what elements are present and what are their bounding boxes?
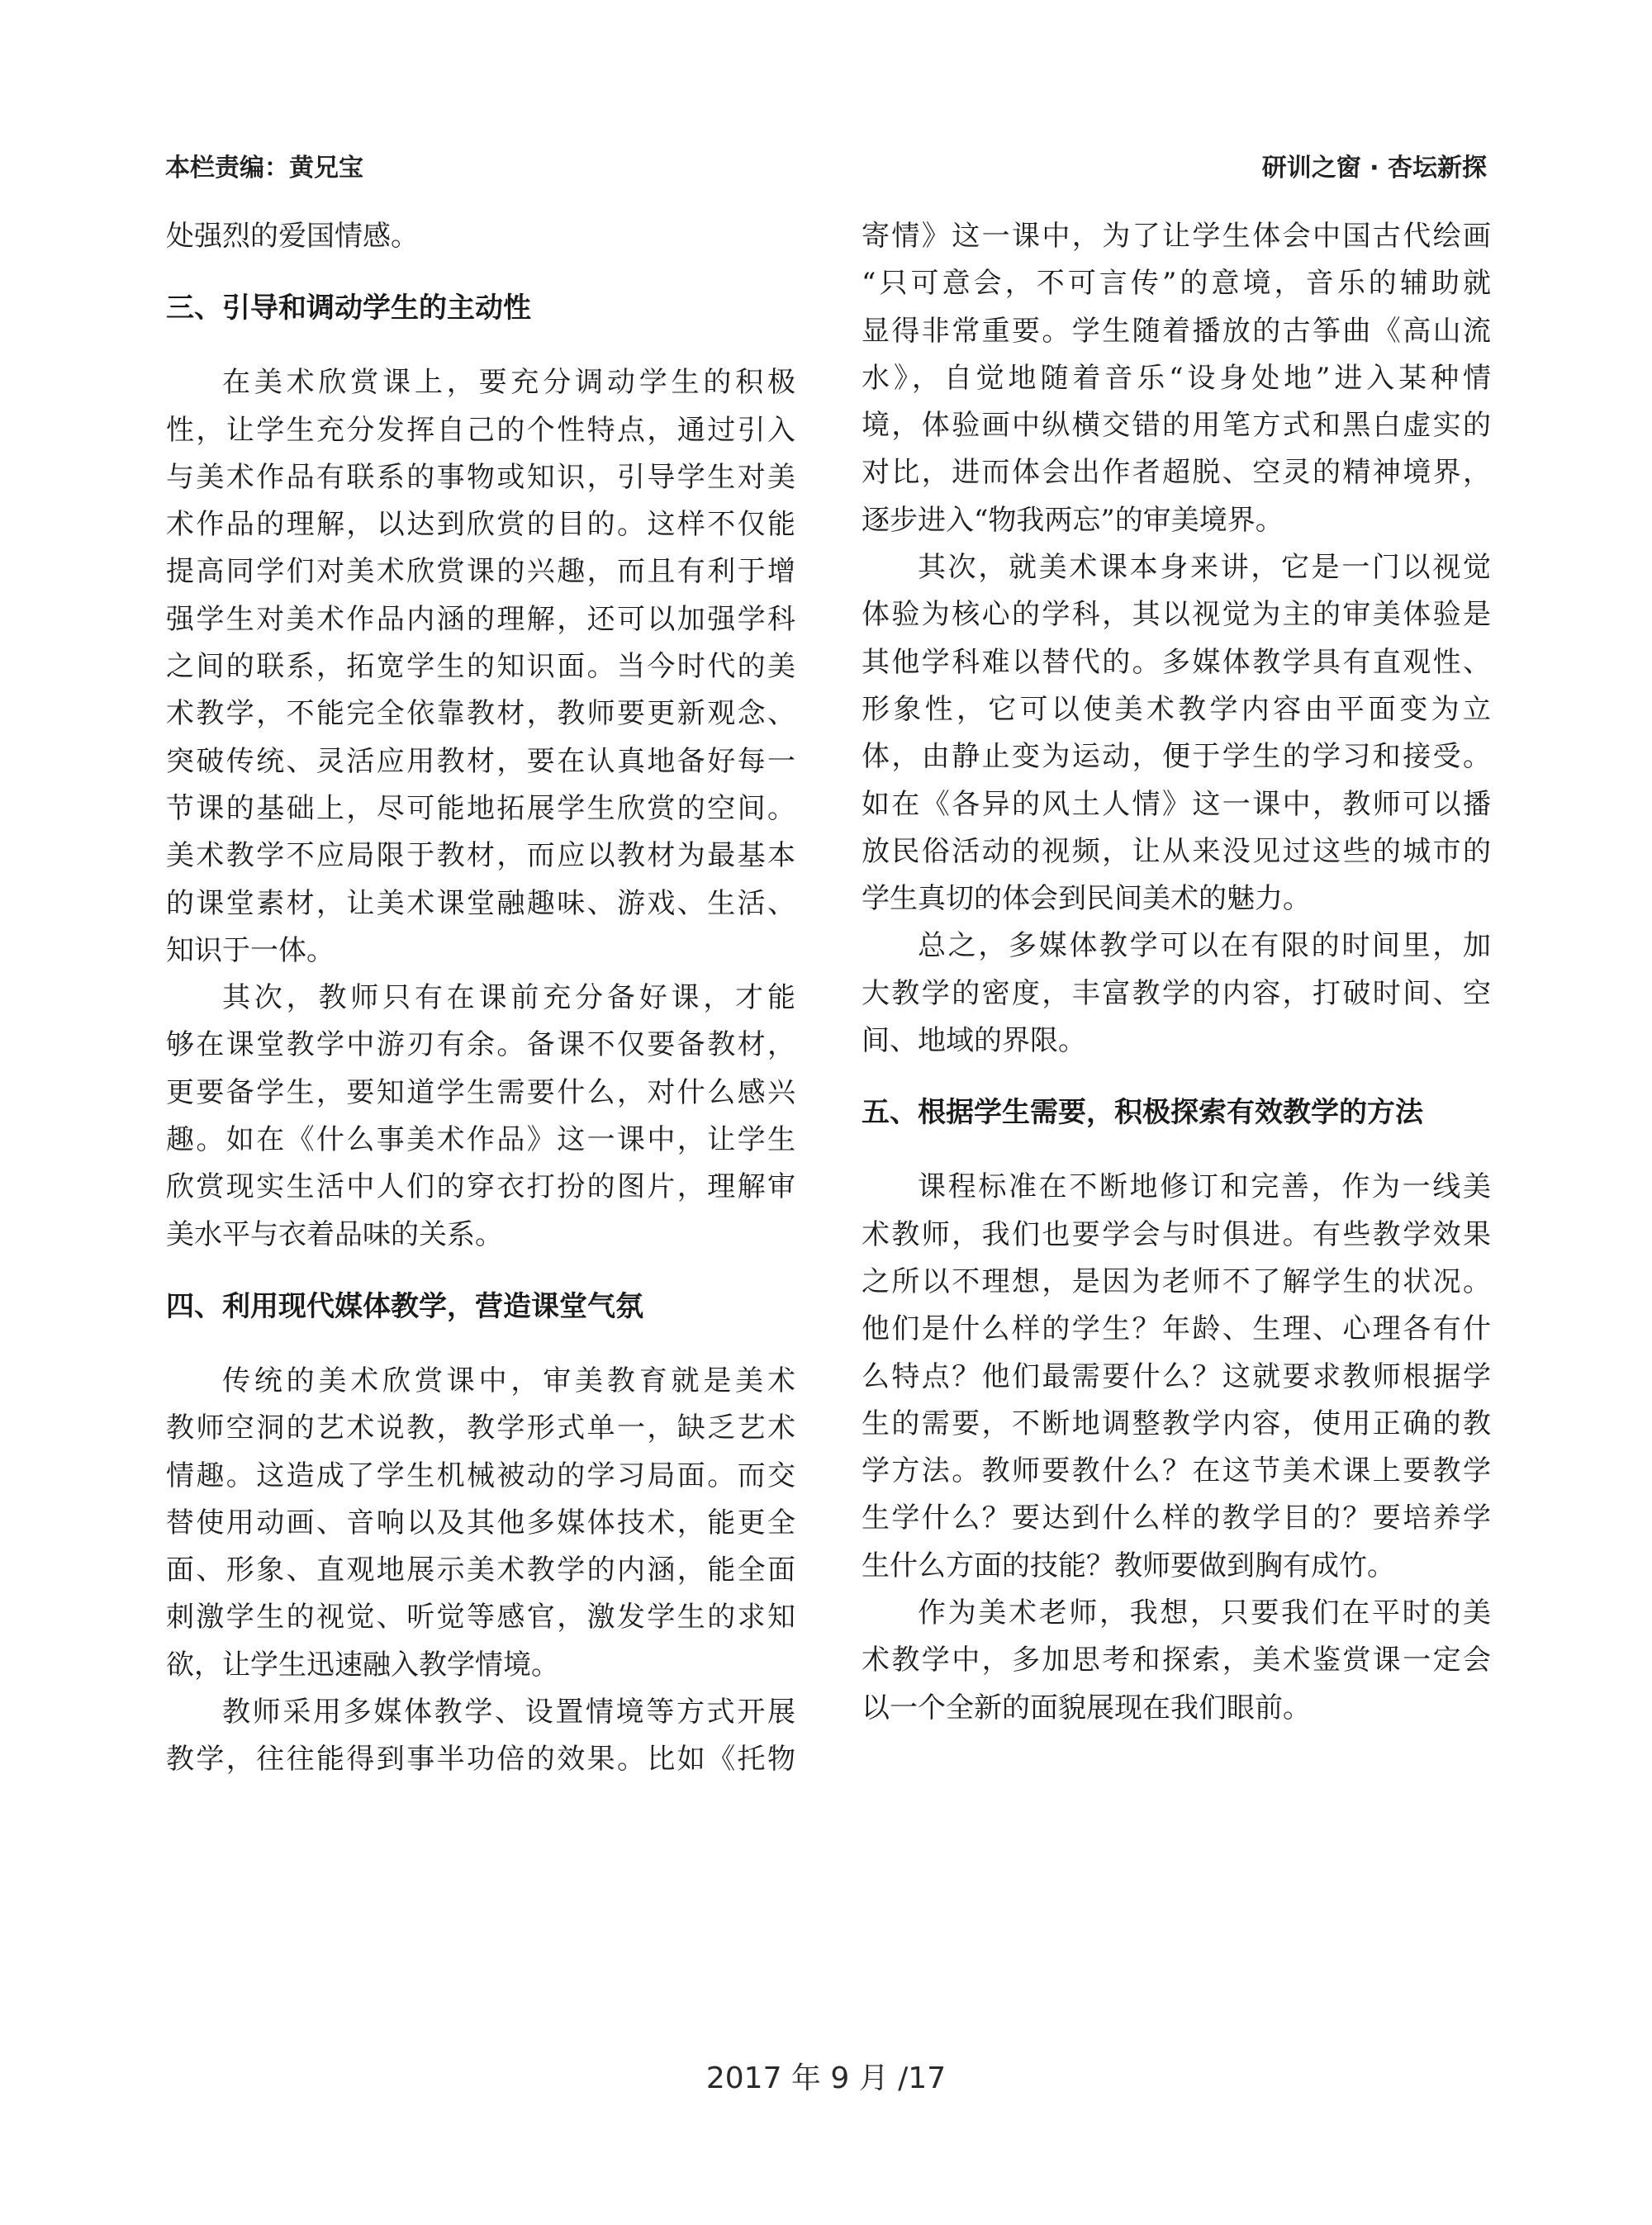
column-editor-label: 本栏责编：黄兄宝 (165, 147, 363, 183)
body-line: 够在课堂教学中游刃有余。备课不仅要备教材， (166, 1022, 795, 1069)
body-line: 性，让学生充分发挥自己的个性特点，通过引入 (166, 407, 795, 454)
paragraph: 教师采用多媒体教学、设置情境等方式开展 教学，往往能得到事半功倍的效果。比如《托… (166, 1689, 795, 1784)
body-line: 更要备学生，要知道学生需要什么，对什么感兴 (166, 1070, 795, 1117)
body-line: 其次，教师只有在课前充分备好课，才能 (166, 975, 795, 1022)
body-line: 欣赏现实生活中人们的穿衣打扮的图片，理解审 (166, 1164, 795, 1211)
body-line: 水》，自觉地随着音乐“设身处地”进入某种情 (862, 355, 1491, 402)
body-line: 其他学科难以替代的。多媒体教学具有直观性、 (862, 639, 1491, 686)
section-heading-3: 三、引导和调动学生的主动性 (166, 285, 795, 332)
page-footer-date-number: 2017 年 9 月 /17 (0, 2055, 1652, 2097)
body-line: 美术教学不应局限于教材，而应以教材为最基本 (166, 833, 795, 880)
body-line: 对比，进而体会出作者超脱、空灵的精神境界， (862, 449, 1491, 496)
body-line: 强学生对美术作品内涵的理解，还可以加强学科 (166, 596, 795, 643)
body-line: 间、地域的界限。 (862, 1018, 1491, 1065)
body-line: 知识于一体。 (166, 927, 795, 975)
body-line: 提高同学们对美术欣赏课的兴趣，而且有利于增 (166, 548, 795, 595)
body-line: 生什么方面的技能？教师要做到胸有成竹。 (862, 1543, 1491, 1590)
section-title: 研训之窗 · 杏坛新探 (1262, 147, 1487, 183)
body-line: 术教学中，多加思考和探索，美术鉴赏课一定会 (862, 1637, 1491, 1684)
paragraph: 传统的美术欣赏课中，审美教育就是美术 教师空洞的艺术说教，教学形式单一，缺乏艺术… (166, 1358, 795, 1689)
body-line: 面、形象、直观地展示美术教学的内涵，能全面 (166, 1547, 795, 1594)
body-line: 体验为核心的学科，其以视觉为主的审美体验是 (862, 591, 1491, 638)
paragraph: 其次，就美术课本身来讲，它是一门以视觉 体验为核心的学科，其以视觉为主的审美体验… (862, 544, 1491, 923)
body-line: 替使用动画、音响以及其他多媒体技术，能更全 (166, 1500, 795, 1547)
body-line: 显得非常重要。学生随着播放的古筝曲《高山流 (862, 308, 1491, 355)
body-line: 其次，就美术课本身来讲，它是一门以视觉 (862, 544, 1491, 591)
body-line: 突破传统、灵活应用教材，要在认真地备好每一 (166, 738, 795, 785)
body-line: 形象性，它可以使美术教学内容由平面变为立 (862, 686, 1491, 733)
body-line: 节课的基础上，尽可能地拓展学生欣赏的空间。 (166, 785, 795, 833)
right-column: 寄情》这一课中，为了让学生体会中国古代绘画 “只可意会，不可言传”的意境，音乐的… (862, 213, 1491, 1732)
body-line: 教师采用多媒体教学、设置情境等方式开展 (166, 1689, 795, 1736)
body-line: 体，由静止变为运动，便于学生的学习和接受。 (862, 733, 1491, 780)
paragraph: 其次，教师只有在课前充分备好课，才能 够在课堂教学中游刃有余。备课不仅要备教材，… (166, 975, 795, 1259)
paragraph: 寄情》这一课中，为了让学生体会中国古代绘画 “只可意会，不可言传”的意境，音乐的… (862, 213, 1491, 544)
paragraph: 课程标准在不断地修订和完善，作为一线美 术教师，我们也要学会与时俱进。有些教学效… (862, 1164, 1491, 1590)
body-line: 如在《各异的风土人情》这一课中，教师可以播 (862, 781, 1491, 828)
section-heading-4: 四、利用现代媒体教学，营造课堂气氛 (166, 1283, 795, 1331)
body-line: 术教师，我们也要学会与时俱进。有些教学效果 (862, 1212, 1491, 1259)
paragraph: 总之，多媒体教学可以在有限的时间里，加 大教学的密度，丰富教学的内容，打破时间、… (862, 923, 1491, 1065)
body-line: 生的需要，不断地调整教学内容，使用正确的教 (862, 1401, 1491, 1448)
left-column: 处强烈的爱国情感。 三、引导和调动学生的主动性 在美术欣赏课上，要充分调动学生的… (166, 213, 795, 1784)
body-line: 总之，多媒体教学可以在有限的时间里，加 (862, 923, 1491, 970)
body-line: 生学什么？要达到什么样的教学目的？要培养学 (862, 1495, 1491, 1542)
body-line: 之间的联系，拓宽学生的知识面。当今时代的美 (166, 643, 795, 690)
body-line: 境，体验画中纵横交错的用笔方式和黑白虚实的 (862, 402, 1491, 449)
body-line: 学方法。教师要教什么？在这节美术课上要教学 (862, 1448, 1491, 1495)
body-line: 学生真切的体会到民间美术的魅力。 (862, 875, 1491, 923)
body-line: 大教学的密度，丰富教学的内容，打破时间、空 (862, 970, 1491, 1018)
body-line: 以一个全新的面貌展现在我们眼前。 (862, 1685, 1491, 1732)
body-line: 在美术欣赏课上，要充分调动学生的积极 (166, 359, 795, 406)
body-line: 之所以不理想，是因为老师不了解学生的状况。 (862, 1259, 1491, 1306)
body-line: 术教学，不能完全依靠教材，教师要更新观念、 (166, 690, 795, 738)
body-line: 传统的美术欣赏课中，审美教育就是美术 (166, 1358, 795, 1405)
body-line: 么特点？他们最需要什么？这就要求教师根据学 (862, 1354, 1491, 1401)
body-line: 课程标准在不断地修订和完善，作为一线美 (862, 1164, 1491, 1211)
body-line: 的课堂素材，让美术课堂融趣味、游戏、生活、 (166, 880, 795, 927)
body-line: 寄情》这一课中，为了让学生体会中国古代绘画 (862, 213, 1491, 260)
body-line: 放民俗活动的视频，让从来没见过这些的城市的 (862, 828, 1491, 875)
body-line: 与美术作品有联系的事物或知识，引导学生对美 (166, 454, 795, 501)
body-line: 教学，往往能得到事半功倍的效果。比如《托物 (166, 1736, 795, 1783)
paragraph: 在美术欣赏课上，要充分调动学生的积极 性，让学生充分发挥自己的个性特点，通过引入… (166, 359, 795, 975)
paragraph: 作为美术老师，我想，只要我们在平时的美 术教学中，多加思考和探索，美术鉴赏课一定… (862, 1590, 1491, 1732)
body-line: 趣。如在《什么事美术作品》这一课中，让学生 (166, 1117, 795, 1164)
body-line: 刺激学生的视觉、听觉等感官，激发学生的求知 (166, 1594, 795, 1641)
body-line: 情趣。这造成了学生机械被动的学习局面。而交 (166, 1453, 795, 1500)
body-line: “只可意会，不可言传”的意境，音乐的辅助就 (862, 260, 1491, 307)
body-line: 他们是什么样的学生？年龄、生理、心理各有什 (862, 1306, 1491, 1353)
body-line: 教师空洞的艺术说教，教学形式单一，缺乏艺术 (166, 1405, 795, 1452)
section-heading-5: 五、根据学生需要，积极探索有效教学的方法 (862, 1089, 1491, 1136)
body-line: 欲，让学生迅速融入教学情境。 (166, 1642, 795, 1689)
body-line: 作为美术老师，我想，只要我们在平时的美 (862, 1590, 1491, 1637)
body-line: 逐步进入“物我两忘”的审美境界。 (862, 497, 1491, 544)
body-line: 处强烈的爱国情感。 (166, 213, 795, 260)
body-line: 术作品的理解，以达到欣赏的目的。这样不仅能 (166, 501, 795, 548)
body-line: 美水平与衣着品味的关系。 (166, 1212, 795, 1259)
